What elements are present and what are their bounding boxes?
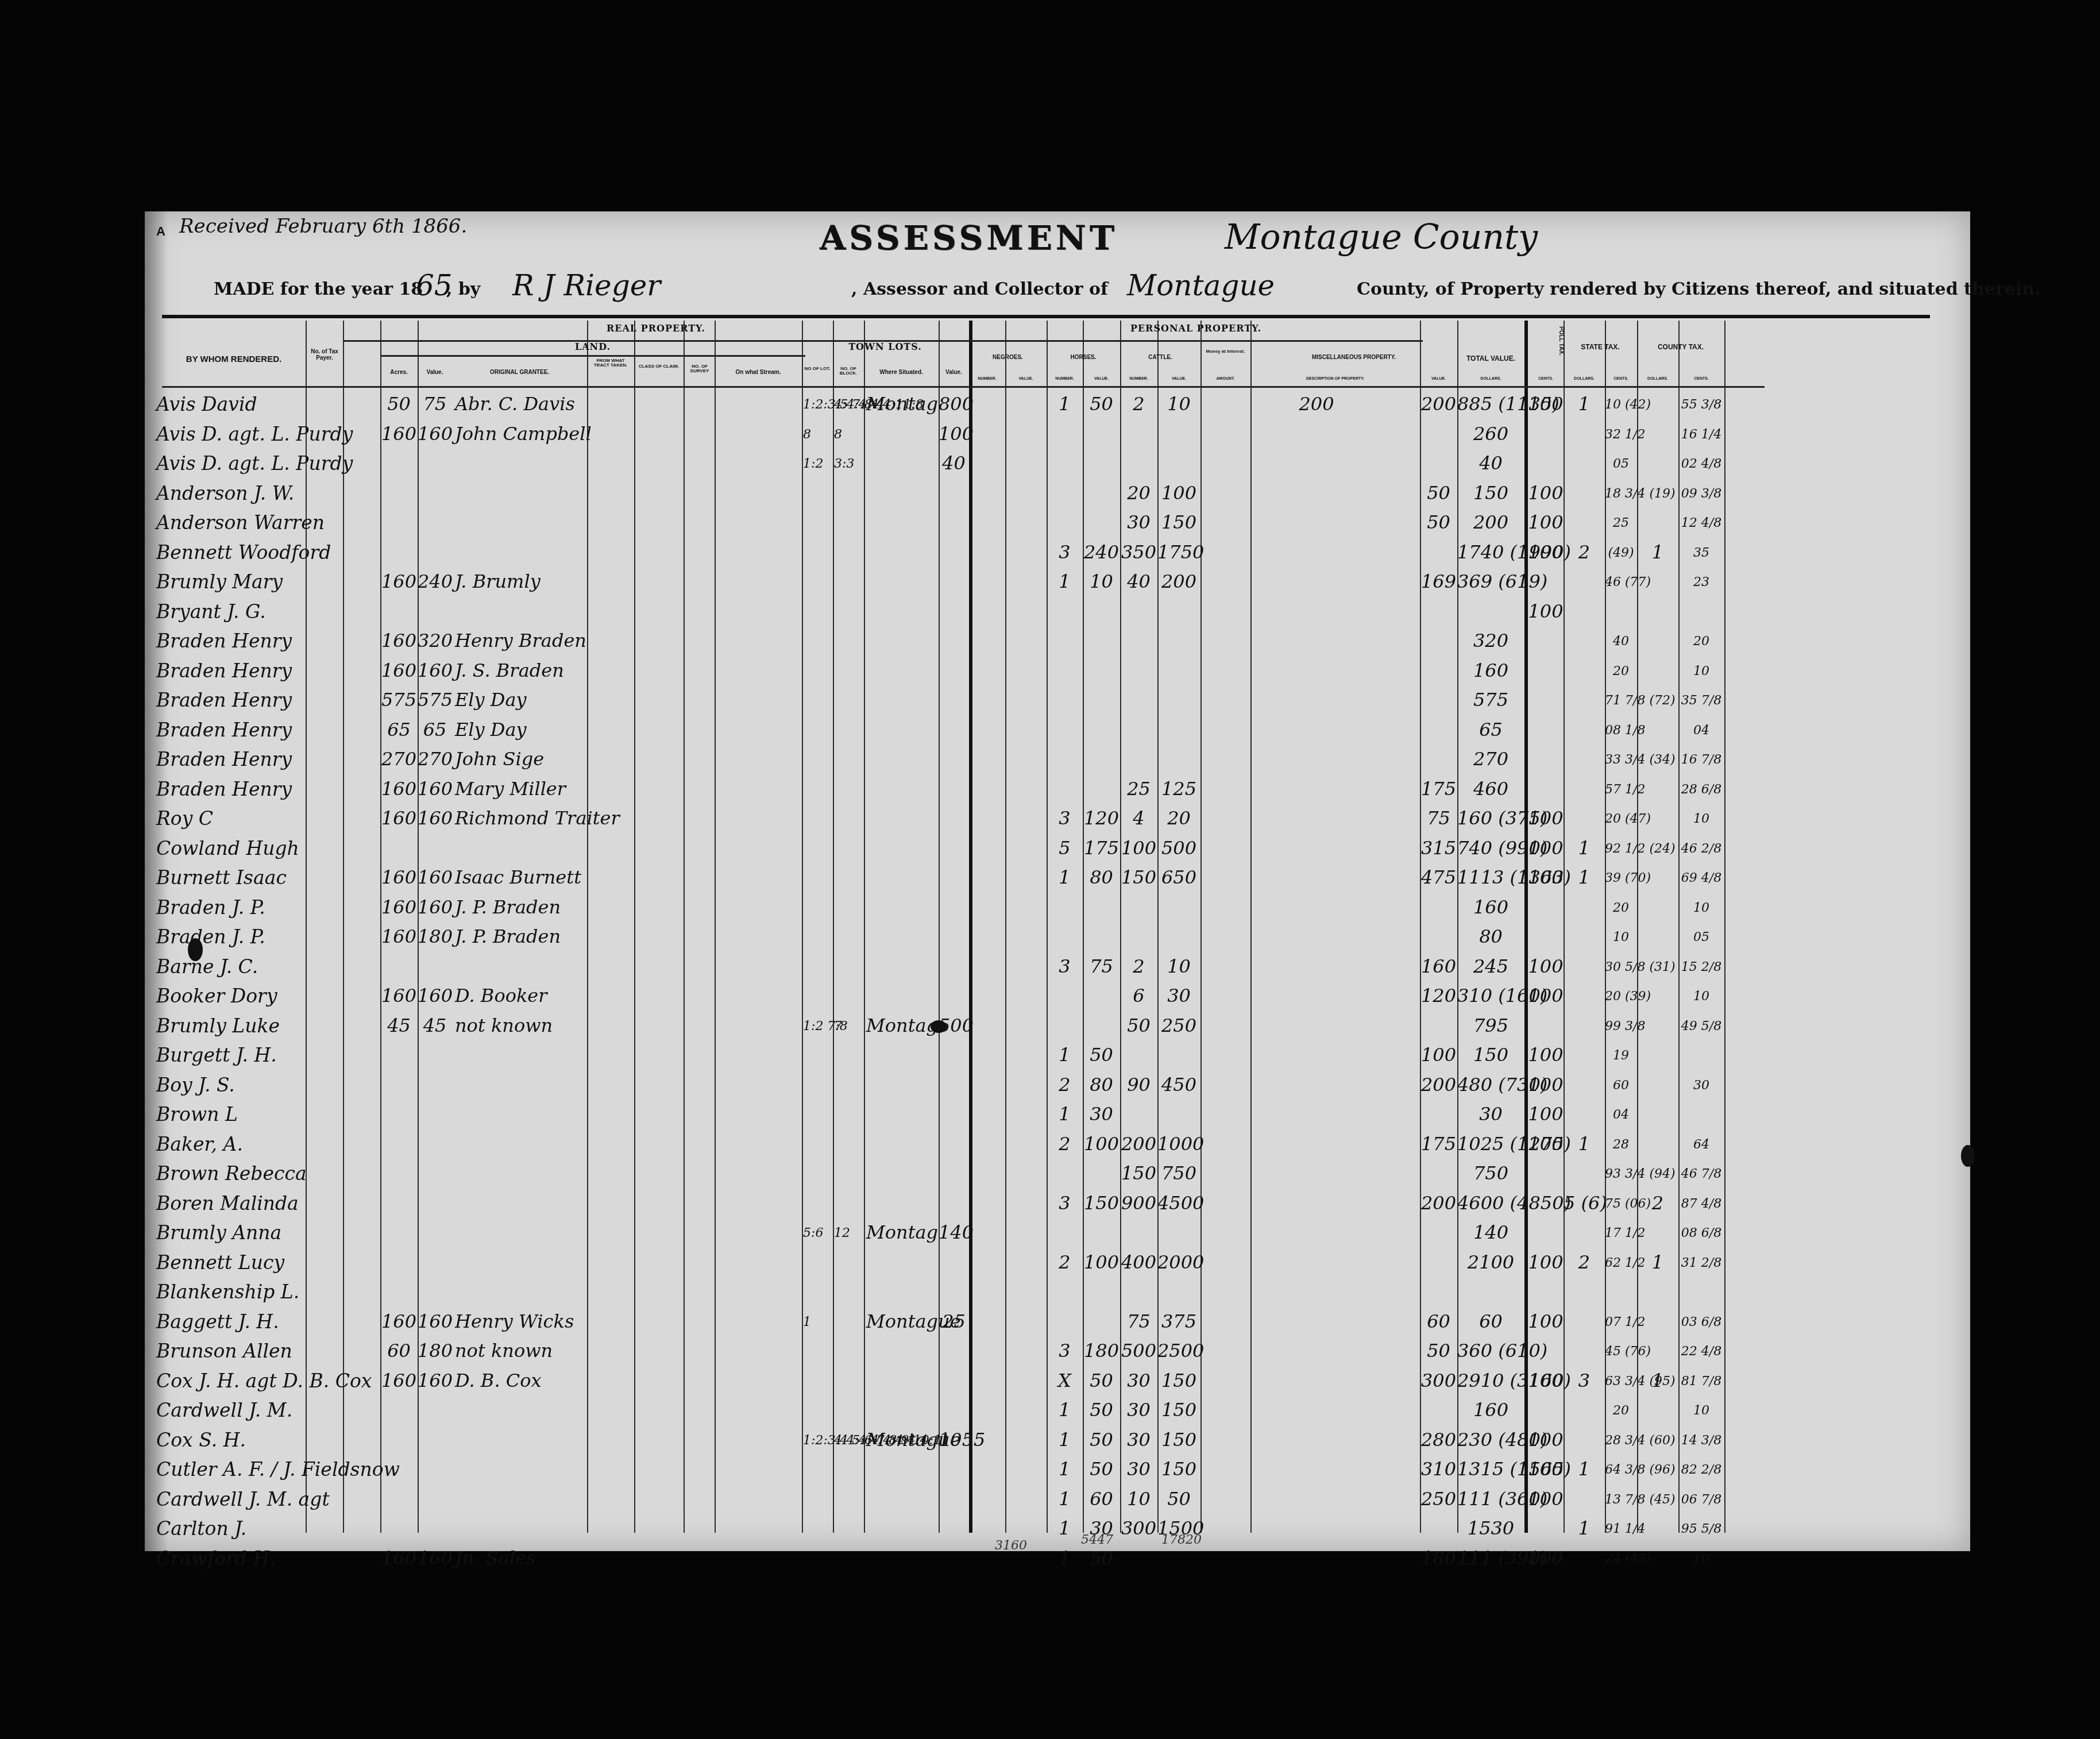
rendered-by: Brown L [156, 1103, 238, 1125]
county-tax-cents: 35 7/8 [1678, 693, 1724, 708]
table-row: Braden Henry 160 320 Henry Braden 320 40… [162, 626, 1931, 656]
cattle-value: 750 [1157, 1162, 1200, 1184]
table-row: Avis David 50 75 Abr. C. Davis 1:2:3:5 7… [162, 390, 1931, 419]
state-tax-cents: 10 (42) [1605, 398, 1637, 412]
rendered-by: Brumly Anna [156, 1221, 281, 1244]
total-value: 2100 [1457, 1251, 1524, 1273]
county-tax-dollars: 1 [1637, 1251, 1678, 1273]
rendered-by: Bryant J. G. [156, 600, 266, 623]
table-row: Anderson J. W. 20 100 50 150 100 18 3/4 … [162, 479, 1931, 508]
acres: 160 [380, 570, 418, 592]
county-tax-cents: 49 5/8 [1678, 1019, 1724, 1034]
acres: 160 [380, 985, 418, 1007]
cattle-number: 400 [1120, 1251, 1157, 1273]
rendered-by: Carlton J. [156, 1517, 246, 1540]
cattle-value: 2500 [1157, 1340, 1200, 1362]
state-tax-cents: 33 3/4 (34) [1605, 753, 1637, 767]
horses-number: X [1047, 1370, 1083, 1391]
original-grantee: Jn. Sales [455, 1547, 535, 1569]
lot-number: 1:2 [803, 457, 823, 471]
total-value: 160 [1457, 660, 1524, 681]
misc-value: 175 [1420, 778, 1457, 800]
total-value: 480 (730) [1457, 1074, 1524, 1096]
misc-value: 50 [1420, 511, 1457, 533]
total-value: 30 [1457, 1103, 1524, 1125]
state-tax-cents: 64 3/8 (96) [1605, 1463, 1637, 1477]
table-row: Baggett J. H. 160 160 Henry Wicks 1 Mont… [162, 1307, 1931, 1337]
poll-tax: 100 [1528, 1044, 1564, 1066]
acres: 160 [380, 1547, 418, 1569]
misc-value: 315 [1420, 837, 1457, 859]
total-value: 80 [1457, 926, 1524, 947]
cattle-number: 25 [1120, 778, 1157, 800]
state-tax-dollars: 1 [1564, 393, 1605, 415]
state-tax-cents: 91 1/4 [1605, 1522, 1637, 1536]
county-handwritten: Montague County [1225, 217, 1538, 257]
cattle-value: 150 [1157, 1399, 1200, 1421]
state-tax-cents: 32 1/2 [1605, 427, 1637, 442]
land-value: 160 [418, 866, 452, 888]
horses-number: 3 [1047, 807, 1083, 829]
county-tax-cents: 15 2/8 [1678, 960, 1724, 974]
table-row: Brumly Mary 160 240 J. Brumly 1 10 40 20… [162, 567, 1931, 597]
cattle-number: 900 [1120, 1192, 1157, 1214]
county-tax-cents: 10 [1678, 812, 1724, 826]
horses-value: 50 [1083, 1458, 1120, 1480]
acres: 160 [380, 1370, 418, 1391]
rendered-by: Burnett Isaac [156, 866, 287, 889]
cattle-number: 30 [1120, 511, 1157, 533]
total-value: 150 [1457, 1044, 1524, 1066]
horses-number: 5 [1047, 837, 1083, 859]
rendered-by: Braden Henry [156, 660, 292, 682]
county-tax-cents: 20 [1678, 634, 1724, 649]
table-row: Burnett Isaac 160 160 Isaac Burnett 1 80… [162, 863, 1931, 893]
county-name: Montague [1127, 269, 1275, 302]
horses-number: 1 [1047, 393, 1083, 415]
cattle-value: 100 [1157, 482, 1200, 504]
cattle-number: 30 [1120, 1458, 1157, 1480]
cattle-value: 4500 [1157, 1192, 1200, 1214]
horses-value: 75 [1083, 955, 1120, 977]
made-line: MADE for the year 18 65 , by R J Rieger … [214, 273, 1960, 308]
table-row: Cox S. H. 1:2:3:4 5:6:7:8 9:10:11 4:4:4:… [162, 1425, 1931, 1455]
horses-value: 50 [1083, 393, 1120, 415]
table-row: Bryant J. G. 100 [162, 597, 1931, 627]
table-row: Barne J. C. 3 75 2 10 160 245 100 30 5/8… [162, 952, 1931, 982]
poll-tax: 100 [1528, 600, 1564, 622]
land-value: 160 [418, 423, 452, 445]
header-rule [380, 355, 805, 357]
cattle-number: 90 [1120, 1074, 1157, 1096]
county-tax-cents: 95 5/8 [1678, 1522, 1724, 1536]
table-row: Roy C 160 160 Richmond Traiter 3 120 4 2… [162, 804, 1931, 834]
acres: 160 [380, 660, 418, 681]
horses-value: 100 [1083, 1251, 1120, 1273]
horses-number: 3 [1047, 1192, 1083, 1214]
cattle-value: 1750 [1157, 541, 1200, 563]
land-value: 320 [418, 630, 452, 651]
rendered-by: Bennett Woodford [156, 541, 331, 564]
header-negroes: NEGROES. [969, 355, 1047, 361]
original-grantee: J. P. Braden [455, 896, 561, 918]
original-grantee: Henry Wicks [455, 1310, 574, 1332]
total-value: 750 [1457, 1162, 1524, 1184]
county-tax-cents: 55 3/8 [1678, 398, 1724, 412]
lot-value: 1055 [939, 1429, 969, 1451]
county-tax-cents: 46 7/8 [1678, 1167, 1724, 1181]
header-land-value: Value. [418, 370, 452, 376]
cattle-number: 300 [1120, 1517, 1157, 1539]
state-tax-dollars: 2 [1564, 541, 1605, 563]
acres: 65 [380, 719, 418, 741]
state-tax-cents: 39 (70) [1605, 871, 1637, 885]
misc-value: 200 [1420, 393, 1457, 415]
misc-value: 200 [1420, 1074, 1457, 1096]
acres: 160 [380, 807, 418, 829]
total-value: 885 (1135) [1457, 393, 1524, 415]
misc-value: 100 [1420, 1044, 1457, 1066]
horses-value: 180 [1083, 1340, 1120, 1362]
horses-number: 3 [1047, 541, 1083, 563]
misc-value: 120 [1420, 985, 1457, 1007]
table-row: Booker Dory 160 160 D. Booker 6 30 120 3… [162, 981, 1931, 1011]
land-value: 160 [418, 660, 452, 681]
rendered-by: Roy C [156, 807, 213, 830]
cattle-number: 500 [1120, 1340, 1157, 1362]
county-tax-dollars: 1 [1637, 1370, 1678, 1391]
cattle-value: 2000 [1157, 1251, 1200, 1273]
rendered-by: Booker Dory [156, 985, 277, 1007]
total-value: 310 (160) [1457, 985, 1524, 1007]
poll-tax: 100 [1528, 511, 1564, 533]
county-tax-cents: 87 4/8 [1678, 1197, 1724, 1211]
horses-number: 1 [1047, 1399, 1083, 1421]
state-tax-cents: 93 3/4 (94) [1605, 1167, 1637, 1181]
table-row: Anderson Warren 30 150 50 200 100 25 12 … [162, 508, 1931, 538]
horses-value: 80 [1083, 866, 1120, 888]
table-row: Braden Henry 160 160 Mary Miller 25 125 … [162, 774, 1931, 804]
land-value: 160 [418, 778, 452, 800]
cattle-number: 30 [1120, 1370, 1157, 1391]
rendered-by: Boren Malinda [156, 1192, 299, 1214]
rendered-by: Braden Henry [156, 748, 292, 770]
land-value: 180 [418, 1340, 452, 1362]
table-row: Braden Henry 270 270 John Sige 270 33 3/… [162, 745, 1931, 774]
cattle-number: 150 [1120, 1162, 1157, 1184]
rendered-by: Cox J. H. agt D. B. Cox [156, 1370, 372, 1392]
misc-value: 250 [1420, 1488, 1457, 1510]
header-horses-number: NUMBER. [1047, 377, 1083, 381]
header-money-at-interest: Money at Interest. [1200, 349, 1250, 354]
total-value: 270 [1457, 748, 1524, 770]
total-value: 1025 (1275) [1457, 1133, 1524, 1155]
total-value: 369 (619) [1457, 570, 1524, 592]
rendered-by: Boy J. S. [156, 1074, 235, 1096]
table-row: Carlton J. 1 30 300 1500 1530 1 91 1/4 9… [162, 1514, 1931, 1544]
horses-number: 1 [1047, 1458, 1083, 1480]
header-no-of-block: NO. OF BLOCK. [833, 367, 864, 376]
total-value: 40 [1457, 452, 1524, 474]
state-tax-cents: 20 (39) [1605, 989, 1637, 1004]
table-row: Cardwell J. M. agt 1 60 10 50 250 111 (3… [162, 1484, 1931, 1514]
header-misc-description: DESCRIPTION OF PROPERTY. [1250, 377, 1420, 381]
header-on-what-stream: On what Stream. [715, 370, 802, 376]
land-value: 75 [418, 393, 452, 415]
poll-tax: 100 [1528, 837, 1564, 859]
original-grantee: Mary Miller [455, 778, 566, 800]
total-value: 140 [1457, 1221, 1524, 1243]
total-value: 795 [1457, 1015, 1524, 1036]
county-tax-cents: 46 2/8 [1678, 842, 1724, 856]
total-value: 150 [1457, 482, 1524, 504]
rendered-by: Braden J. P. [156, 926, 265, 948]
table-row: Baker, A. 2 100 200 1000 175 1025 (1275)… [162, 1129, 1931, 1159]
lot-value: 25 [939, 1310, 969, 1332]
where-situated: Montag [866, 393, 938, 415]
rendered-by: Braden Henry [156, 689, 292, 711]
county-tax-cents: 28 6/8 [1678, 782, 1724, 797]
original-grantee: J. S. Braden [455, 660, 564, 681]
header-total-value: TOTAL VALUE. [1457, 355, 1524, 363]
footer-note-left: 3160 [995, 1539, 1027, 1553]
total-value: 111 (390) [1457, 1547, 1524, 1569]
county-tax-cents: 10 [1678, 1552, 1724, 1566]
acres: 60 [380, 1340, 418, 1362]
misc-value: 300 [1420, 1370, 1457, 1391]
state-tax-cents: 05 [1605, 457, 1637, 471]
rendered-by: Avis D. agt. L. Purdy [156, 452, 353, 475]
total-value: 1530 [1457, 1517, 1524, 1539]
rendered-by: Braden J. P. [156, 896, 265, 919]
header-class-of-claim: CLASS OF CLAIM. [635, 364, 682, 369]
rendered-by: Braden Henry [156, 719, 292, 741]
original-grantee: Abr. C. Davis [455, 393, 575, 415]
cattle-value: 500 [1157, 837, 1200, 859]
header-from-tract: FROM WHAT TRACT TAKEN. [588, 358, 633, 368]
rendered-by: Blankenship L. [156, 1281, 299, 1303]
horses-value: 80 [1083, 1074, 1120, 1096]
acres: 160 [380, 630, 418, 651]
header-by-whom: BY WHOM RENDERED. [162, 355, 306, 364]
rendered-by: Burgett J. H. [156, 1044, 277, 1066]
horses-number: 3 [1047, 955, 1083, 977]
state-tax-cents: 17 1/2 [1605, 1226, 1637, 1240]
lot-value: 800 [939, 393, 969, 415]
cattle-number: 20 [1120, 482, 1157, 504]
county-tax-cents: 02 4/8 [1678, 457, 1724, 471]
county-tax-cents: 09 3/8 [1678, 487, 1724, 501]
cattle-value: 450 [1157, 1074, 1200, 1096]
cattle-value: 200 [1157, 570, 1200, 592]
header-money-amount: AMOUNT. [1200, 377, 1250, 381]
county-tax-cents: 23 [1678, 575, 1724, 589]
misc-value: 175 [1420, 1133, 1457, 1155]
county-tax-cents: 03 6/8 [1678, 1315, 1724, 1329]
county-tax-cents: 14 3/8 [1678, 1433, 1724, 1448]
county-tax-dollars: 2 [1637, 1192, 1678, 1214]
made-suffix: County, of Property rendered by Citizens… [1357, 279, 2040, 299]
horses-number: 1 [1047, 866, 1083, 888]
horses-value: 50 [1083, 1044, 1120, 1066]
acres: 160 [380, 1310, 418, 1332]
land-value: 180 [418, 926, 452, 947]
poll-tax: 100 [1528, 1133, 1564, 1155]
original-grantee: Henry Braden [455, 630, 586, 651]
county-tax-cents: 31 2/8 [1678, 1256, 1724, 1270]
total-value: 1113 (1363) [1457, 866, 1524, 888]
total-value: 4600 (4850) [1457, 1192, 1524, 1214]
header-total-dollars: DOLLARS. [1457, 377, 1524, 381]
land-value: 270 [418, 748, 452, 770]
poll-tax: 100 [1528, 866, 1564, 888]
page-marker: A [156, 224, 165, 239]
acres: 160 [380, 866, 418, 888]
rendered-by: Cox S. H. [156, 1429, 246, 1451]
cattle-number: 4 [1120, 807, 1157, 829]
lot-number: 1 [803, 1315, 811, 1329]
county-tax-cents: 16 7/8 [1678, 753, 1724, 767]
table-row: Brumly Luke 45 45 not known 1:2 7:8 7 Mo… [162, 1011, 1931, 1041]
header-state-tax: STATE TAX. [1564, 344, 1637, 351]
state-tax-dollars: 1 [1564, 837, 1605, 859]
land-value: 575 [418, 689, 452, 711]
state-tax-cents: 92 1/2 (24) [1605, 842, 1637, 856]
state-tax-cents: 13 7/8 (45) [1605, 1493, 1637, 1507]
land-value: 160 [418, 1310, 452, 1332]
header-cattle-number: NUMBER. [1120, 377, 1157, 381]
header-state-cents: CENTS. [1605, 377, 1637, 381]
original-grantee: Ely Day [455, 689, 527, 711]
county-tax-cents: 30 [1678, 1078, 1724, 1093]
misc-value: 200 [1420, 1192, 1457, 1214]
block-number: 8 [834, 427, 842, 442]
cattle-number: 6 [1120, 985, 1157, 1007]
state-tax-cents: 28 [1605, 1138, 1637, 1152]
total-value: 575 [1457, 689, 1524, 711]
county-tax-cents: 06 7/8 [1678, 1493, 1724, 1507]
rendered-by: Cowland Hugh [156, 837, 299, 859]
land-value: 240 [418, 570, 452, 592]
state-tax-dollars: 5 (6) [1564, 1192, 1605, 1214]
rendered-by: Braden Henry [156, 630, 292, 652]
rendered-by: Avis David [156, 393, 257, 415]
cattle-value: 125 [1157, 778, 1200, 800]
rendered-by: Baker, A. [156, 1133, 243, 1155]
horses-number: 2 [1047, 1251, 1083, 1273]
table-row: Boy J. S. 2 80 90 450 200 480 (730) 100 … [162, 1070, 1931, 1100]
misc-value: 160 [1420, 955, 1457, 977]
table-row: Braden Henry 575 575 Ely Day 575 71 7/8 … [162, 685, 1931, 715]
poll-tax: 100 [1528, 955, 1564, 977]
state-tax-cents: 20 [1605, 1403, 1637, 1418]
header-state-dollars: DOLLARS. [1564, 377, 1605, 381]
cattle-number: 150 [1120, 866, 1157, 888]
table-row: Avis D. agt. L. Purdy 160 160 John Campb… [162, 419, 1931, 449]
state-tax-cents: 30 5/8 (31) [1605, 960, 1637, 974]
state-tax-cents: 20 (47) [1605, 812, 1637, 826]
ink-blot [931, 1020, 947, 1033]
cattle-number: 100 [1120, 837, 1157, 859]
table-row: Cowland Hugh 5 175 100 500 315 740 (990)… [162, 834, 1931, 863]
misc-value: 310 [1420, 1458, 1457, 1480]
ink-blot [188, 938, 203, 961]
misc-value: 50 [1420, 1340, 1457, 1362]
cattle-number: 200 [1120, 1133, 1157, 1155]
horses-number: 3 [1047, 1340, 1083, 1362]
table-row: Cox J. H. agt D. B. Cox 160 160 D. B. Co… [162, 1366, 1931, 1396]
total-value: 320 [1457, 630, 1524, 651]
table-row: Brown L 1 30 30 100 04 [162, 1100, 1931, 1129]
poll-tax: 100 [1528, 393, 1564, 415]
county-tax-cents: 22 4/8 [1678, 1344, 1724, 1359]
acres: 575 [380, 689, 418, 711]
acres: 160 [380, 423, 418, 445]
total-value: 1315 (1565) [1457, 1458, 1524, 1480]
acres: 270 [380, 748, 418, 770]
poll-tax: 100 [1528, 1488, 1564, 1510]
document-title: ASSESSMENT [820, 218, 1118, 257]
county-tax-cents: 69 4/8 [1678, 871, 1724, 885]
rendered-by: Baggett J. H. [156, 1310, 279, 1333]
cattle-number: 10 [1120, 1488, 1157, 1510]
cattle-number: 75 [1120, 1310, 1157, 1332]
lot-value: 140 [939, 1221, 969, 1243]
misc-value: 475 [1420, 866, 1457, 888]
table-row: Cardwell J. M. 1 50 30 150 160 20 10 [162, 1395, 1931, 1425]
total-value: 260 [1457, 423, 1524, 445]
table-row: Bennett Woodford 3 240 350 1750 1740 (19… [162, 538, 1931, 568]
poll-tax: 100 [1528, 1251, 1564, 1273]
total-value: 111 (360) [1457, 1488, 1524, 1510]
total-value: 200 [1457, 511, 1524, 533]
total-value: 230 (480) [1457, 1429, 1524, 1451]
horses-number: 1 [1047, 1547, 1083, 1569]
total-value: 360 (610) [1457, 1340, 1524, 1362]
state-tax-cents: 45 (76) [1605, 1344, 1637, 1359]
state-tax-cents: 25 [1605, 516, 1637, 530]
horses-value: 240 [1083, 541, 1120, 563]
rendered-by: Barne J. C. [156, 955, 258, 978]
header-land: LAND. [380, 342, 805, 352]
state-tax-cents: 18 3/4 (19) [1605, 487, 1637, 501]
header-no-of-survey: NO. OF SURVEY [685, 364, 715, 374]
cattle-number: 30 [1120, 1429, 1157, 1451]
table-row: Brumly Anna 5:6 12 Montag 140 140 17 1/2… [162, 1218, 1931, 1248]
horses-number: 1 [1047, 1429, 1083, 1451]
state-tax-cents: 10 [1605, 930, 1637, 944]
state-tax-cents: 60 [1605, 1078, 1637, 1093]
table-row: Avis D. agt. L. Purdy 1:2 3:3 40 40 05 0… [162, 449, 1931, 479]
state-tax-cents: 08 1/8 [1605, 723, 1637, 738]
table-row: Braden J. P. 160 180 J. P. Braden 80 10 … [162, 922, 1931, 952]
horses-number: 2 [1047, 1074, 1083, 1096]
county-tax-cents: 05 [1678, 930, 1724, 944]
cattle-value: 650 [1157, 866, 1200, 888]
state-tax-dollars: 1 [1564, 866, 1605, 888]
horses-number: 1 [1047, 570, 1083, 592]
header-original-grantee: ORIGINAL GRANTEE. [452, 370, 587, 376]
block-number: 3:3 [834, 457, 854, 471]
state-tax-cents: 24 (49) [1605, 1552, 1637, 1566]
header-lot-value: Value. [939, 370, 969, 376]
county-tax-cents: 82 2/8 [1678, 1463, 1724, 1477]
poll-tax: 100 [1528, 807, 1564, 829]
table-row: Bennett Lucy 2 100 400 2000 2100 100 2 6… [162, 1248, 1931, 1278]
total-value: 740 (990) [1457, 837, 1524, 859]
horses-value: 50 [1083, 1399, 1120, 1421]
total-value: 160 [1457, 1399, 1524, 1421]
